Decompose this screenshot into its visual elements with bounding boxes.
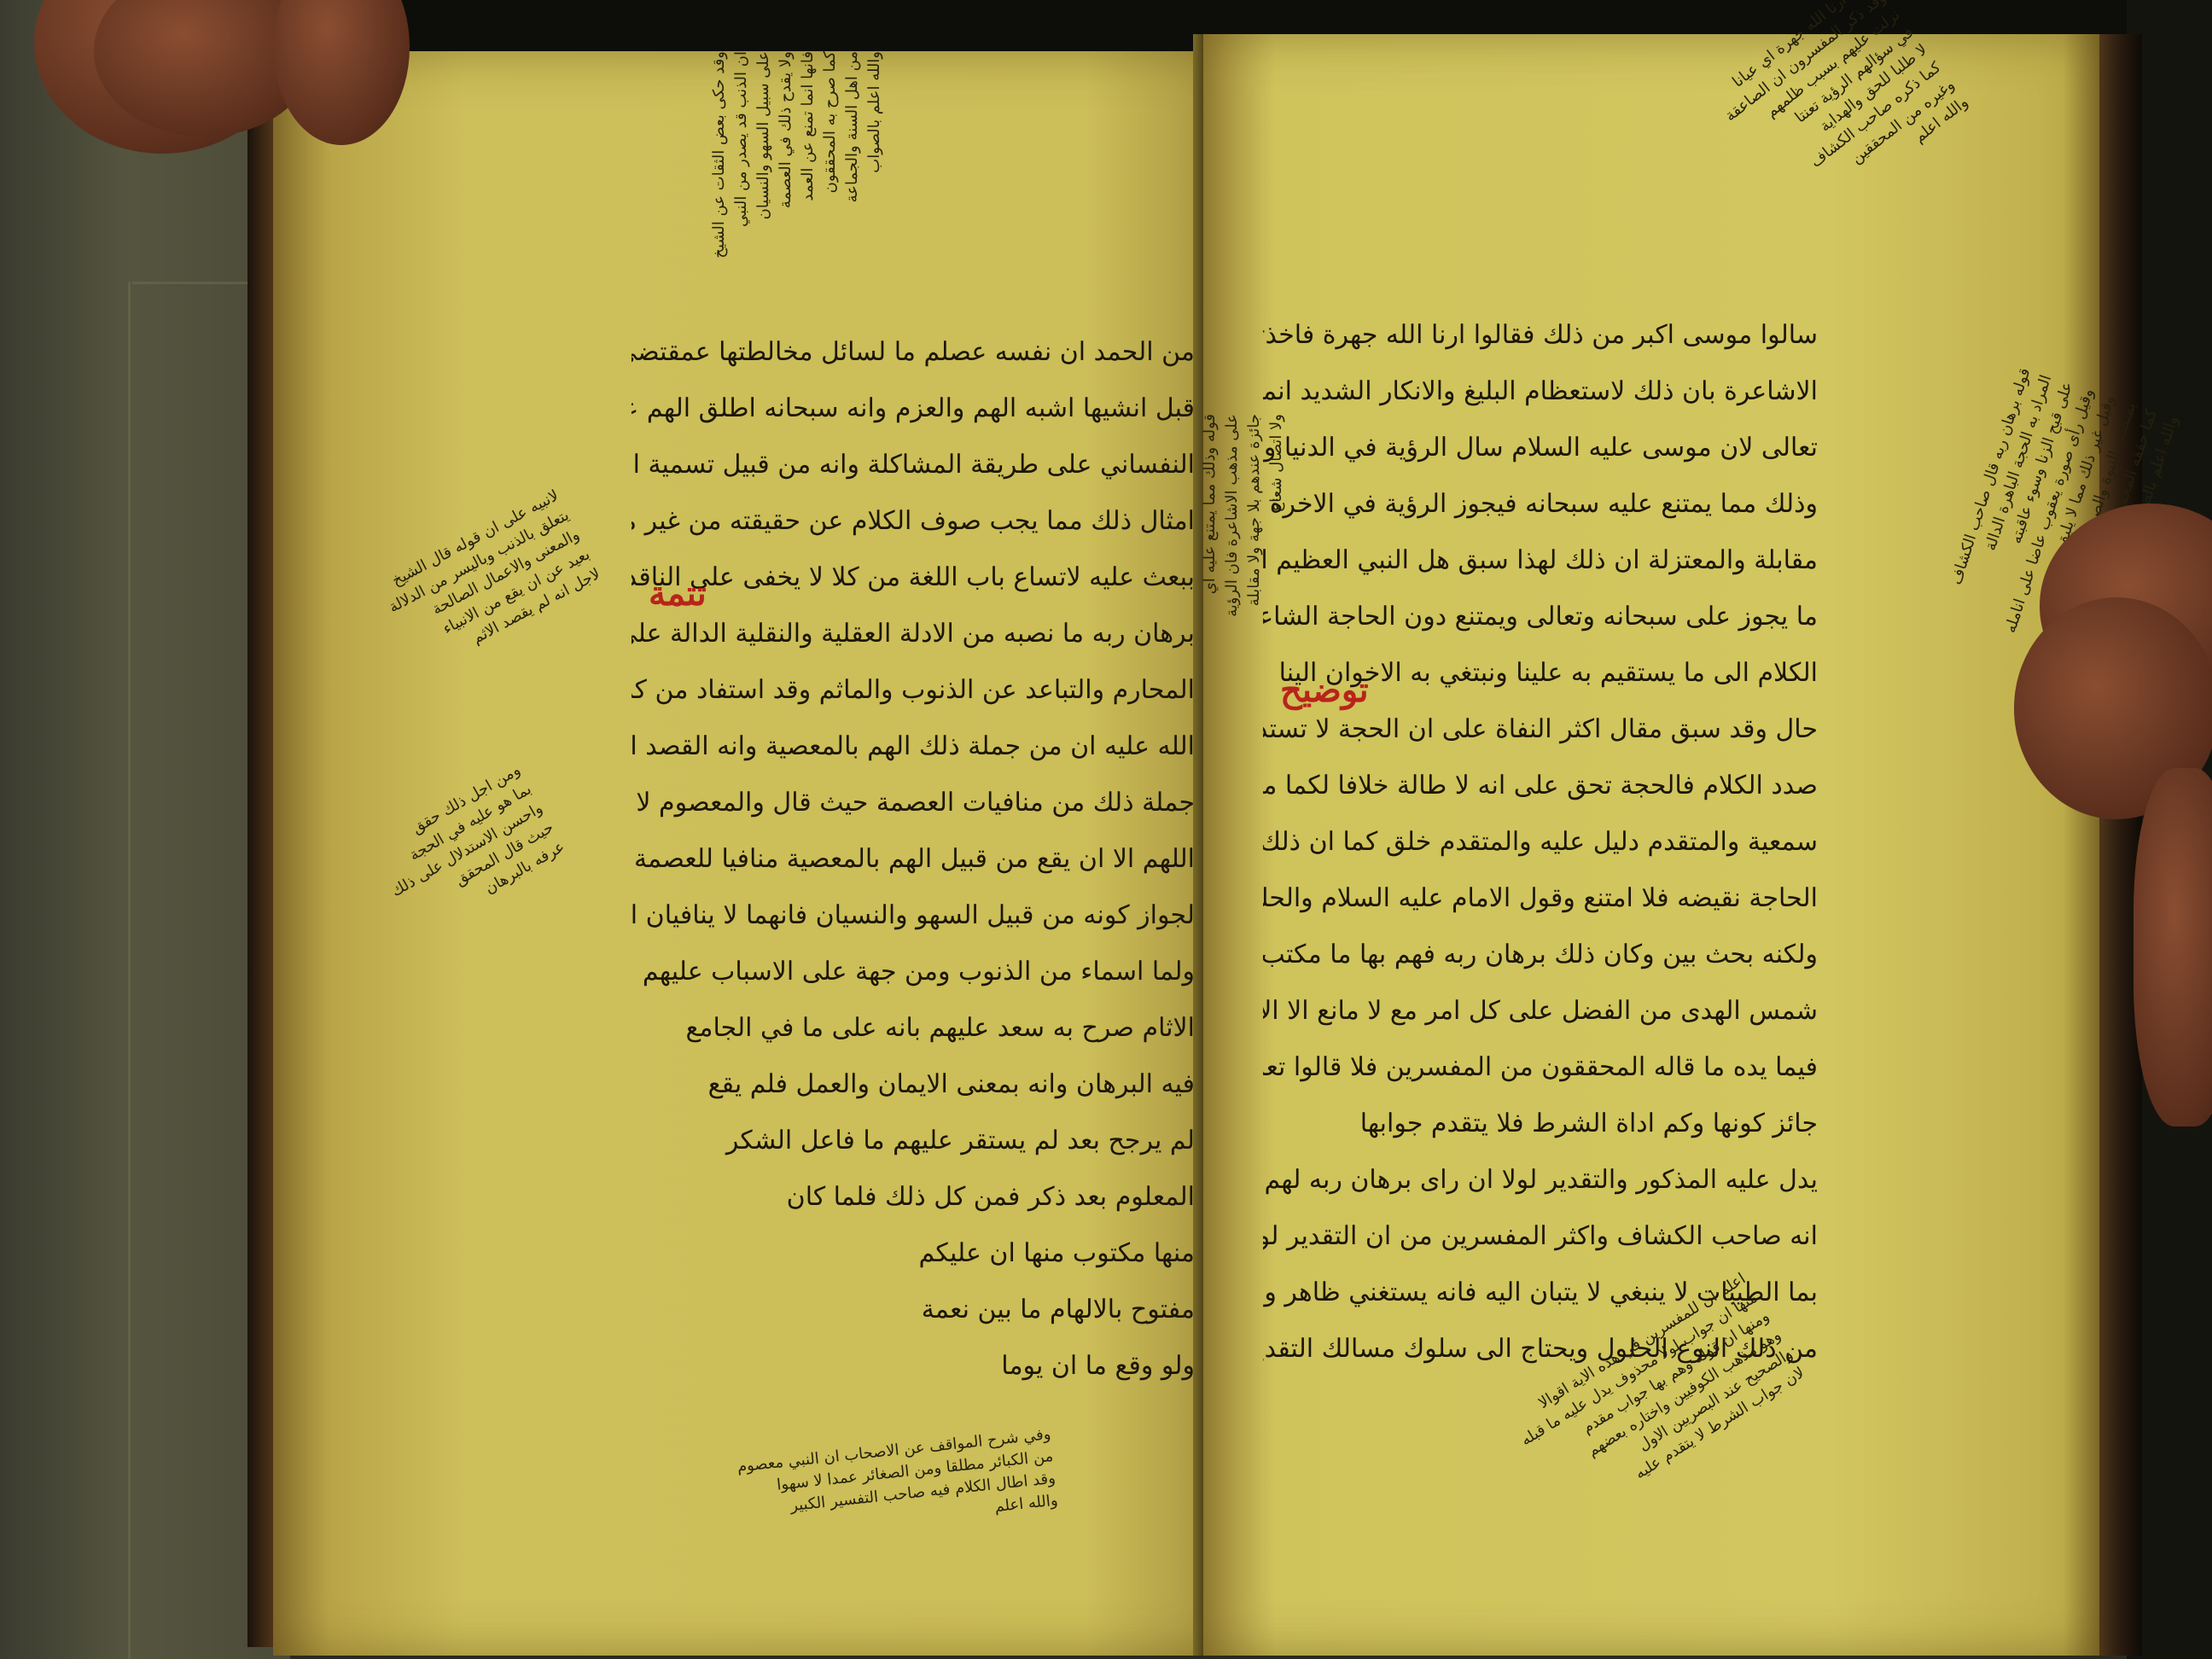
hand-right-palm: [2133, 768, 2212, 1126]
rubric-tawdih: توضيح: [1280, 670, 1369, 710]
table-seam: [128, 282, 131, 1659]
text-line: ولو وقع ما ان يوما: [632, 1338, 1195, 1394]
text-line: لجواز كونه من قبيل السهو والنسيان فانهما…: [632, 888, 1195, 944]
text-line: قبل انشيها اشبه الهم والعزم وانه سبحانه …: [632, 381, 1195, 437]
text-line: انه صاحب الكشاف واكثر المفسرين من ان الت…: [1263, 1208, 1818, 1265]
right-left-margin-gloss: قوله وذلك مما يمتنع عليه اي على مذهب الا…: [1199, 414, 1293, 806]
table-surface: [0, 0, 290, 1659]
text-line: شمس الهدى من الفضل على كل امر مع لا مانع…: [1263, 983, 1818, 1039]
text-line: مفتوح بالالهام ما بين نعمة: [632, 1282, 1195, 1338]
text-line: المحارم والتباعد عن الذنوب والماثم وقد ا…: [632, 662, 1195, 719]
left-bottom-gloss: وفي شرح المواقف عن الاصحاب ان النبي معصو…: [523, 1423, 1063, 1615]
text-line: ولما اسماء من الذنوب ومن جهة على الاسباب…: [632, 944, 1195, 1000]
left-main-text: من الحمد ان نفسه عصلم ما لسائل مخالطتها …: [632, 324, 1195, 1408]
text-line: ببعث عليه لاتساع باب اللغة من كلا لا يخف…: [632, 550, 1195, 606]
text-line: من الحمد ان نفسه عصلم ما لسائل مخالطتها …: [632, 324, 1195, 381]
text-line: فيما يده ما قاله المحققون من المفسرين فل…: [1263, 1039, 1818, 1096]
gloss-line: قوله وذلك مما يمتنع عليه اي: [1199, 414, 1221, 806]
text-line: برهان ربه ما نصبه من الادلة العقلية والن…: [632, 606, 1195, 662]
left-page: وقد حكى بعض الثقات عن الشيخ ان الذنب قد …: [273, 51, 1229, 1656]
text-line: سالوا موسى اكبر من ذلك فقالوا ارنا الله …: [1263, 307, 1818, 364]
gloss-line: على مذهب الاشاعرة فان الرؤية: [1221, 414, 1243, 806]
text-line: صدد الكلام فالحجة تحق على انه لا طالة خل…: [1263, 758, 1818, 814]
rubric-tatimma: تتمة: [649, 573, 707, 614]
text-line: يدل عليه المذكور والتقدير لولا ان راى بر…: [1263, 1152, 1818, 1208]
text-line: جائز كونها وكم اداة الشرط فلا يتقدم جواب…: [1263, 1096, 1818, 1152]
text-line: الحاجة نقيضه فلا امتنع وقول الامام عليه …: [1263, 870, 1818, 927]
text-line: فيه البرهان وانه بمعنى الايمان والعمل فل…: [632, 1057, 1195, 1113]
text-line: وذلك مما يمتنع عليه سبحانه فيجوز الرؤية …: [1263, 476, 1818, 533]
text-line: جملة ذلك من منافيات العصمة حيث قال والمع…: [632, 775, 1195, 831]
text-line: ما يجوز على سبحانه وتعالى ويمتنع دون الح…: [1263, 589, 1818, 645]
right-main-text: سالوا موسى اكبر من ذلك فقالوا ارنا الله …: [1263, 307, 1818, 1391]
text-line: سمعية والمتقدم دليل عليه والمتقدم خلق كم…: [1263, 814, 1818, 870]
text-line: منها مكتوب منها ان عليكم: [632, 1225, 1195, 1282]
text-line: الاثام صرح به سعد عليهم بانه على ما في ا…: [632, 1000, 1195, 1057]
gloss-line: جائزة عندهم بلا جهة ولا مقابلة: [1243, 414, 1266, 806]
text-line: تعالى لان موسى عليه السلام سال الرؤية في…: [1263, 420, 1818, 476]
right-page: قوله ارنا الله جهرة اي عيانا وقد ذكر الم…: [1203, 34, 2099, 1656]
text-line: مقابلة والمعتزلة ان ذلك لهذا سبق هل النب…: [1263, 533, 1818, 589]
text-line: المعلوم بعد ذكر فمن كل ذلك فلما كان: [632, 1169, 1195, 1225]
text-line: الاشاعرة بان ذلك لاستعظام البليغ والانكا…: [1263, 364, 1818, 420]
gloss-line: ولا اتصال شعاع: [1266, 414, 1288, 806]
text-line: الله عليه ان من جملة ذلك الهم بالمعصية و…: [632, 719, 1195, 775]
text-line: اللهم الا ان يقع من قبيل الهم بالمعصية م…: [632, 831, 1195, 888]
text-line: النفساني على طريقة المشاكلة وانه من قبيل…: [632, 437, 1195, 493]
text-line: امثال ذلك مما يجب صوف الكلام عن حقيقته م…: [632, 493, 1195, 550]
text-line: ولكنه بحث بين وكان ذلك برهان ربه فهم بها…: [1263, 927, 1818, 983]
